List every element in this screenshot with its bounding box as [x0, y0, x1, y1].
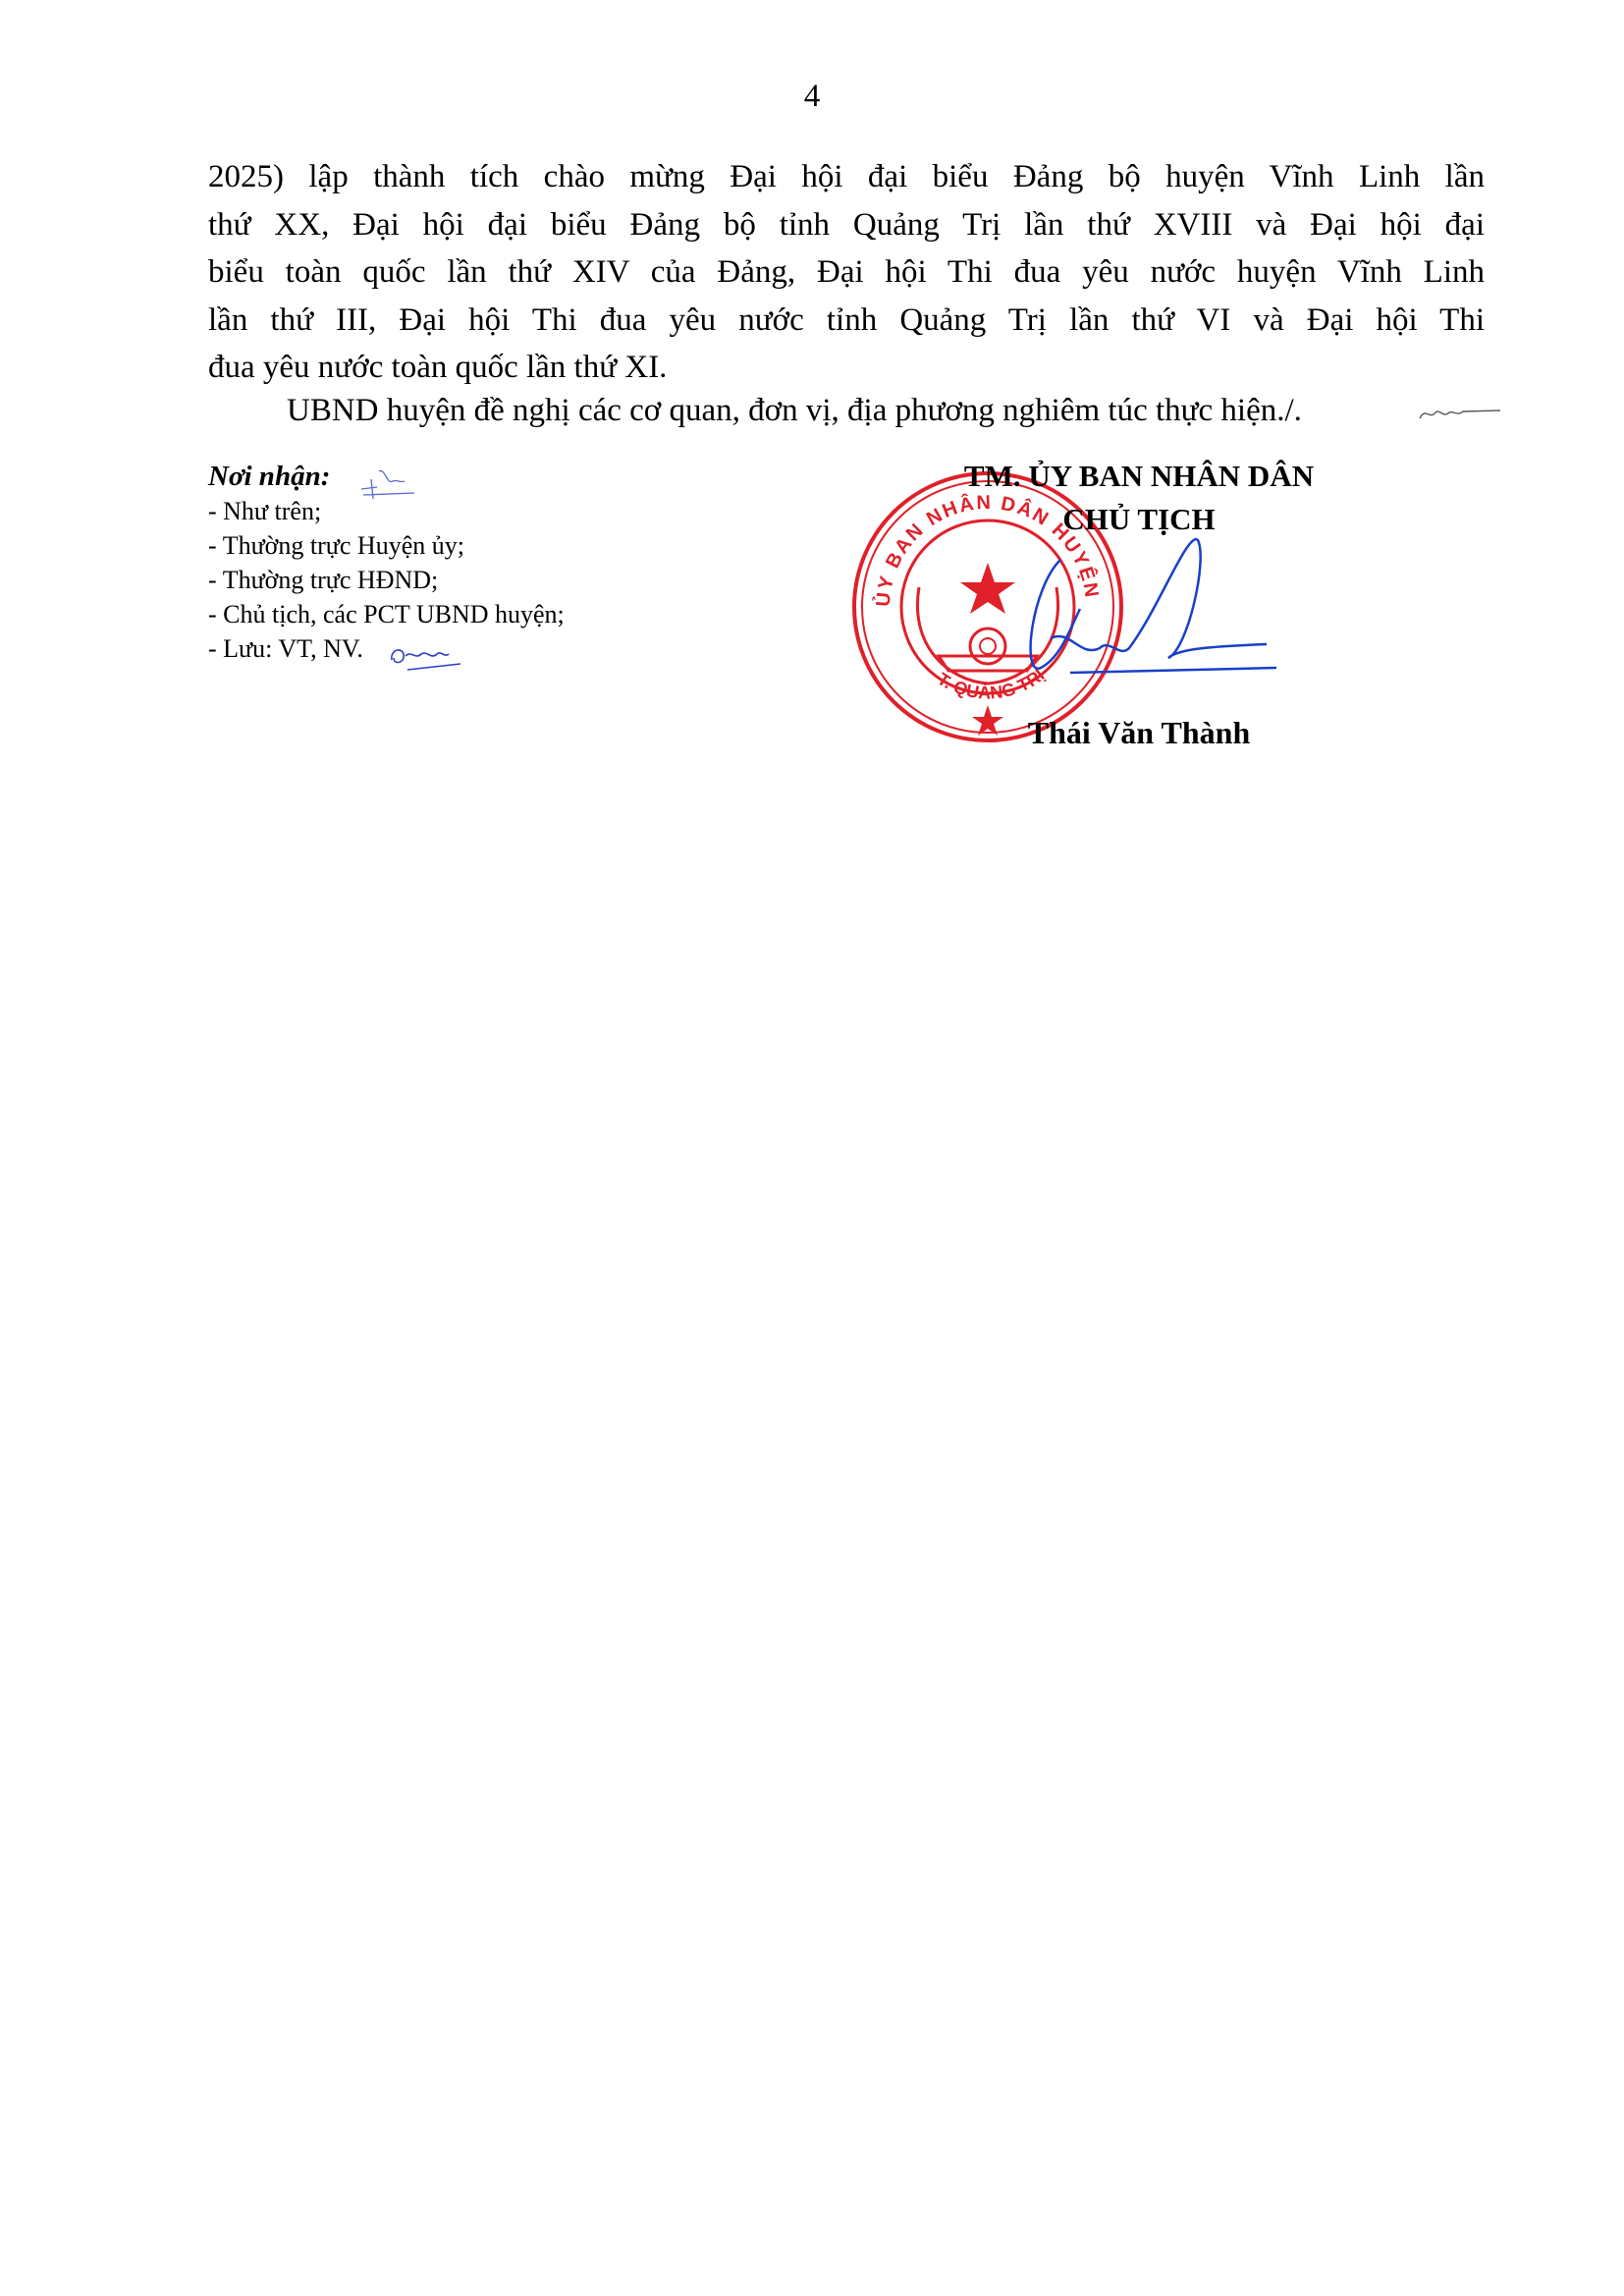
body-line: lần thứ III, Đại hội Thi đua yêu nước tỉ…: [208, 297, 1485, 345]
recipient-item: - Thường trực Huyện ủy;: [208, 528, 565, 563]
initial-signature-icon: [388, 638, 466, 674]
body-line: biểu toàn quốc lần thứ XIV của Đảng, Đại…: [208, 248, 1485, 297]
recipient-item: - Thường trực HĐND;: [208, 563, 565, 597]
closing-sentence: UBND huyện đề nghị các cơ quan, đơn vị, …: [287, 393, 1302, 429]
handwritten-signature-icon: [1021, 530, 1316, 707]
body-line: đua yêu nước toàn quốc lần thứ XI.: [208, 344, 1485, 392]
initial-signature-icon: [359, 465, 418, 505]
signer-organization: TM. ỦY BAN NHÂN DÂN: [884, 455, 1394, 498]
recipient-item: - Lưu: VT, NV.: [208, 631, 565, 666]
body-line: 2025) lập thành tích chào mừng Đại hội đ…: [208, 153, 1485, 201]
body-line: thứ XX, Đại hội đại biểu Đảng bộ tỉnh Qu…: [208, 201, 1485, 249]
recipient-item: - Chủ tịch, các PCT UBND huyện;: [208, 597, 565, 631]
body-paragraph: 2025) lập thành tích chào mừng Đại hội đ…: [208, 153, 1485, 392]
signer-name: Thái Văn Thành: [884, 715, 1394, 751]
signer-title-block: TM. ỦY BAN NHÂN DÂN CHỦ TỊCH: [884, 455, 1394, 541]
initial-signature-icon: [1416, 403, 1504, 426]
page-number: 4: [0, 79, 1624, 115]
